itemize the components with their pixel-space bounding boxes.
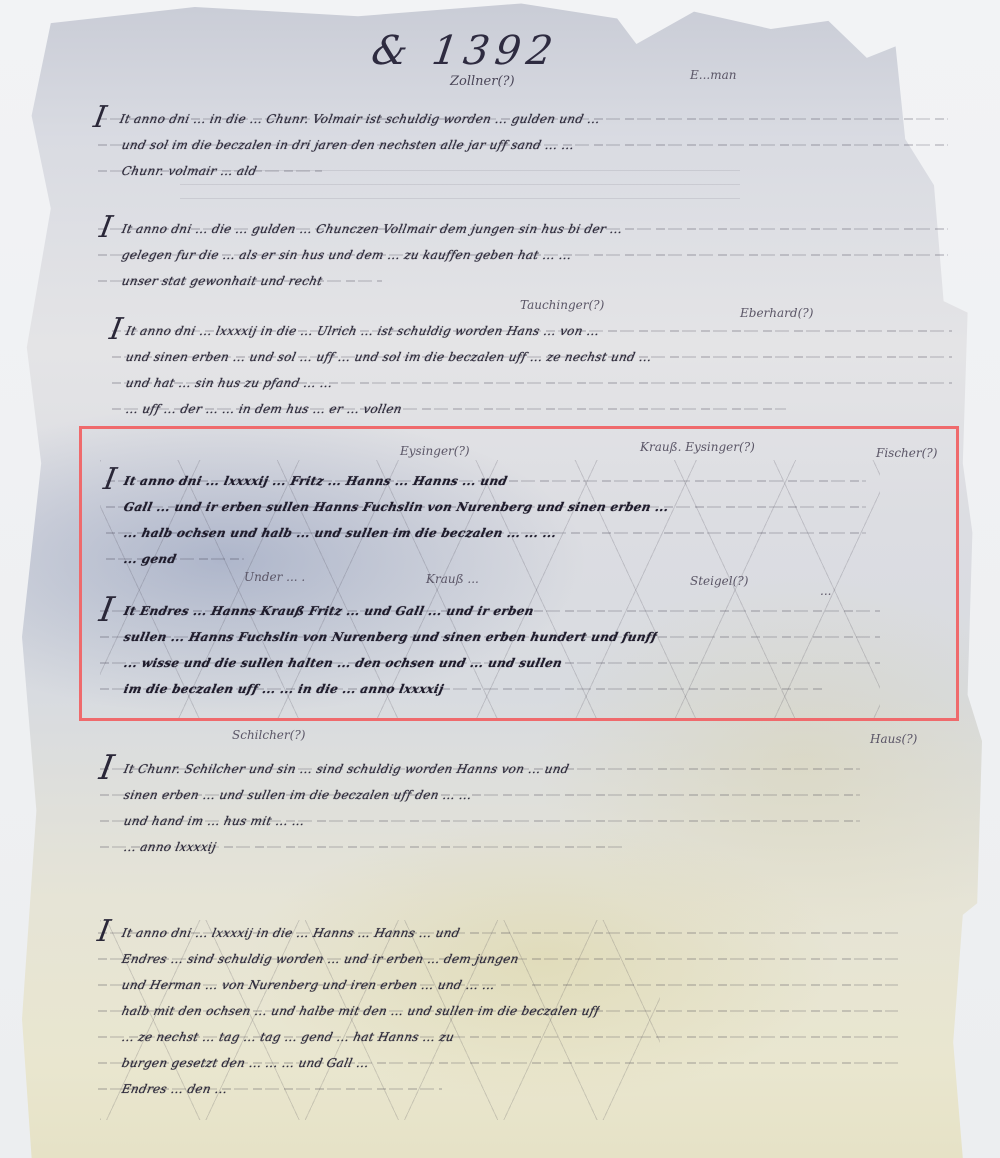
margin-note-name: Tauchinger(?)	[520, 298, 604, 312]
entry-line: gelegen fur die ... als er sin hus und d…	[98, 242, 948, 268]
entry-line: ... ze nechst ... tag ... tag ... gend .…	[98, 1024, 898, 1050]
entry-line: Endres ... sind schuldig worden ... und …	[98, 946, 898, 972]
entry-line: und hand im ... hus mit ... ...	[100, 808, 860, 834]
highlight-box	[79, 426, 959, 721]
entry-line: It anno dni ... lxxxxij in die ... Hanns…	[98, 920, 898, 946]
document-photo: & 1392 Zollner(?) E...man I It anno dni …	[0, 0, 1000, 1158]
entry-7: I It anno dni ... lxxxxij in die ... Han…	[98, 920, 898, 1102]
entry-line: unser stat gewonhait und recht	[98, 268, 382, 294]
entry-2: I It anno dni ... die ... gulden ... Chu…	[98, 216, 948, 294]
document-heading-year: & 1392	[369, 28, 562, 74]
bleed-through-text	[180, 170, 740, 210]
entry-line: It anno dni ... in die ... Chunr. Volmai…	[98, 106, 948, 132]
margin-note-name: Schilcher(?)	[232, 728, 305, 742]
entry-6: I It Chunr. Schilcher und sin ... sind s…	[100, 756, 860, 860]
entry-line: sinen erben ... und sullen im die beczal…	[100, 782, 860, 808]
entry-line: It anno dni ... lxxxxij in die ... Ulric…	[112, 318, 952, 344]
margin-note-top-right: E...man	[690, 68, 736, 82]
entry-line: It Chunr. Schilcher und sin ... sind sch…	[100, 756, 860, 782]
entry-line: Endres ... den ...	[98, 1076, 442, 1102]
entry-line: ... anno lxxxxij	[100, 834, 624, 860]
entry-line: ... uff ... der ... ... in dem hus ... e…	[112, 396, 786, 422]
entry-line: It anno dni ... die ... gulden ... Chunc…	[98, 216, 948, 242]
entry-line: und sol im die beczalen in dri jaren den…	[98, 132, 948, 158]
margin-note-name: Haus(?)	[870, 732, 917, 746]
entry-line: und sinen erben ... und sol ... uff ... …	[112, 344, 952, 370]
entry-line: und Herman ... von Nurenberg und iren er…	[98, 972, 898, 998]
entry-line: burgen gesetzt den ... ... ... und Gall …	[98, 1050, 898, 1076]
entry-line: halb mit den ochsen ... und halbe mit de…	[98, 998, 898, 1024]
heading-subtitle: Zollner(?)	[450, 74, 515, 89]
entry-line: und hat ... sin hus zu pfand ... ...	[112, 370, 952, 396]
entry-3: I It anno dni ... lxxxxij in die ... Ulr…	[112, 318, 952, 422]
